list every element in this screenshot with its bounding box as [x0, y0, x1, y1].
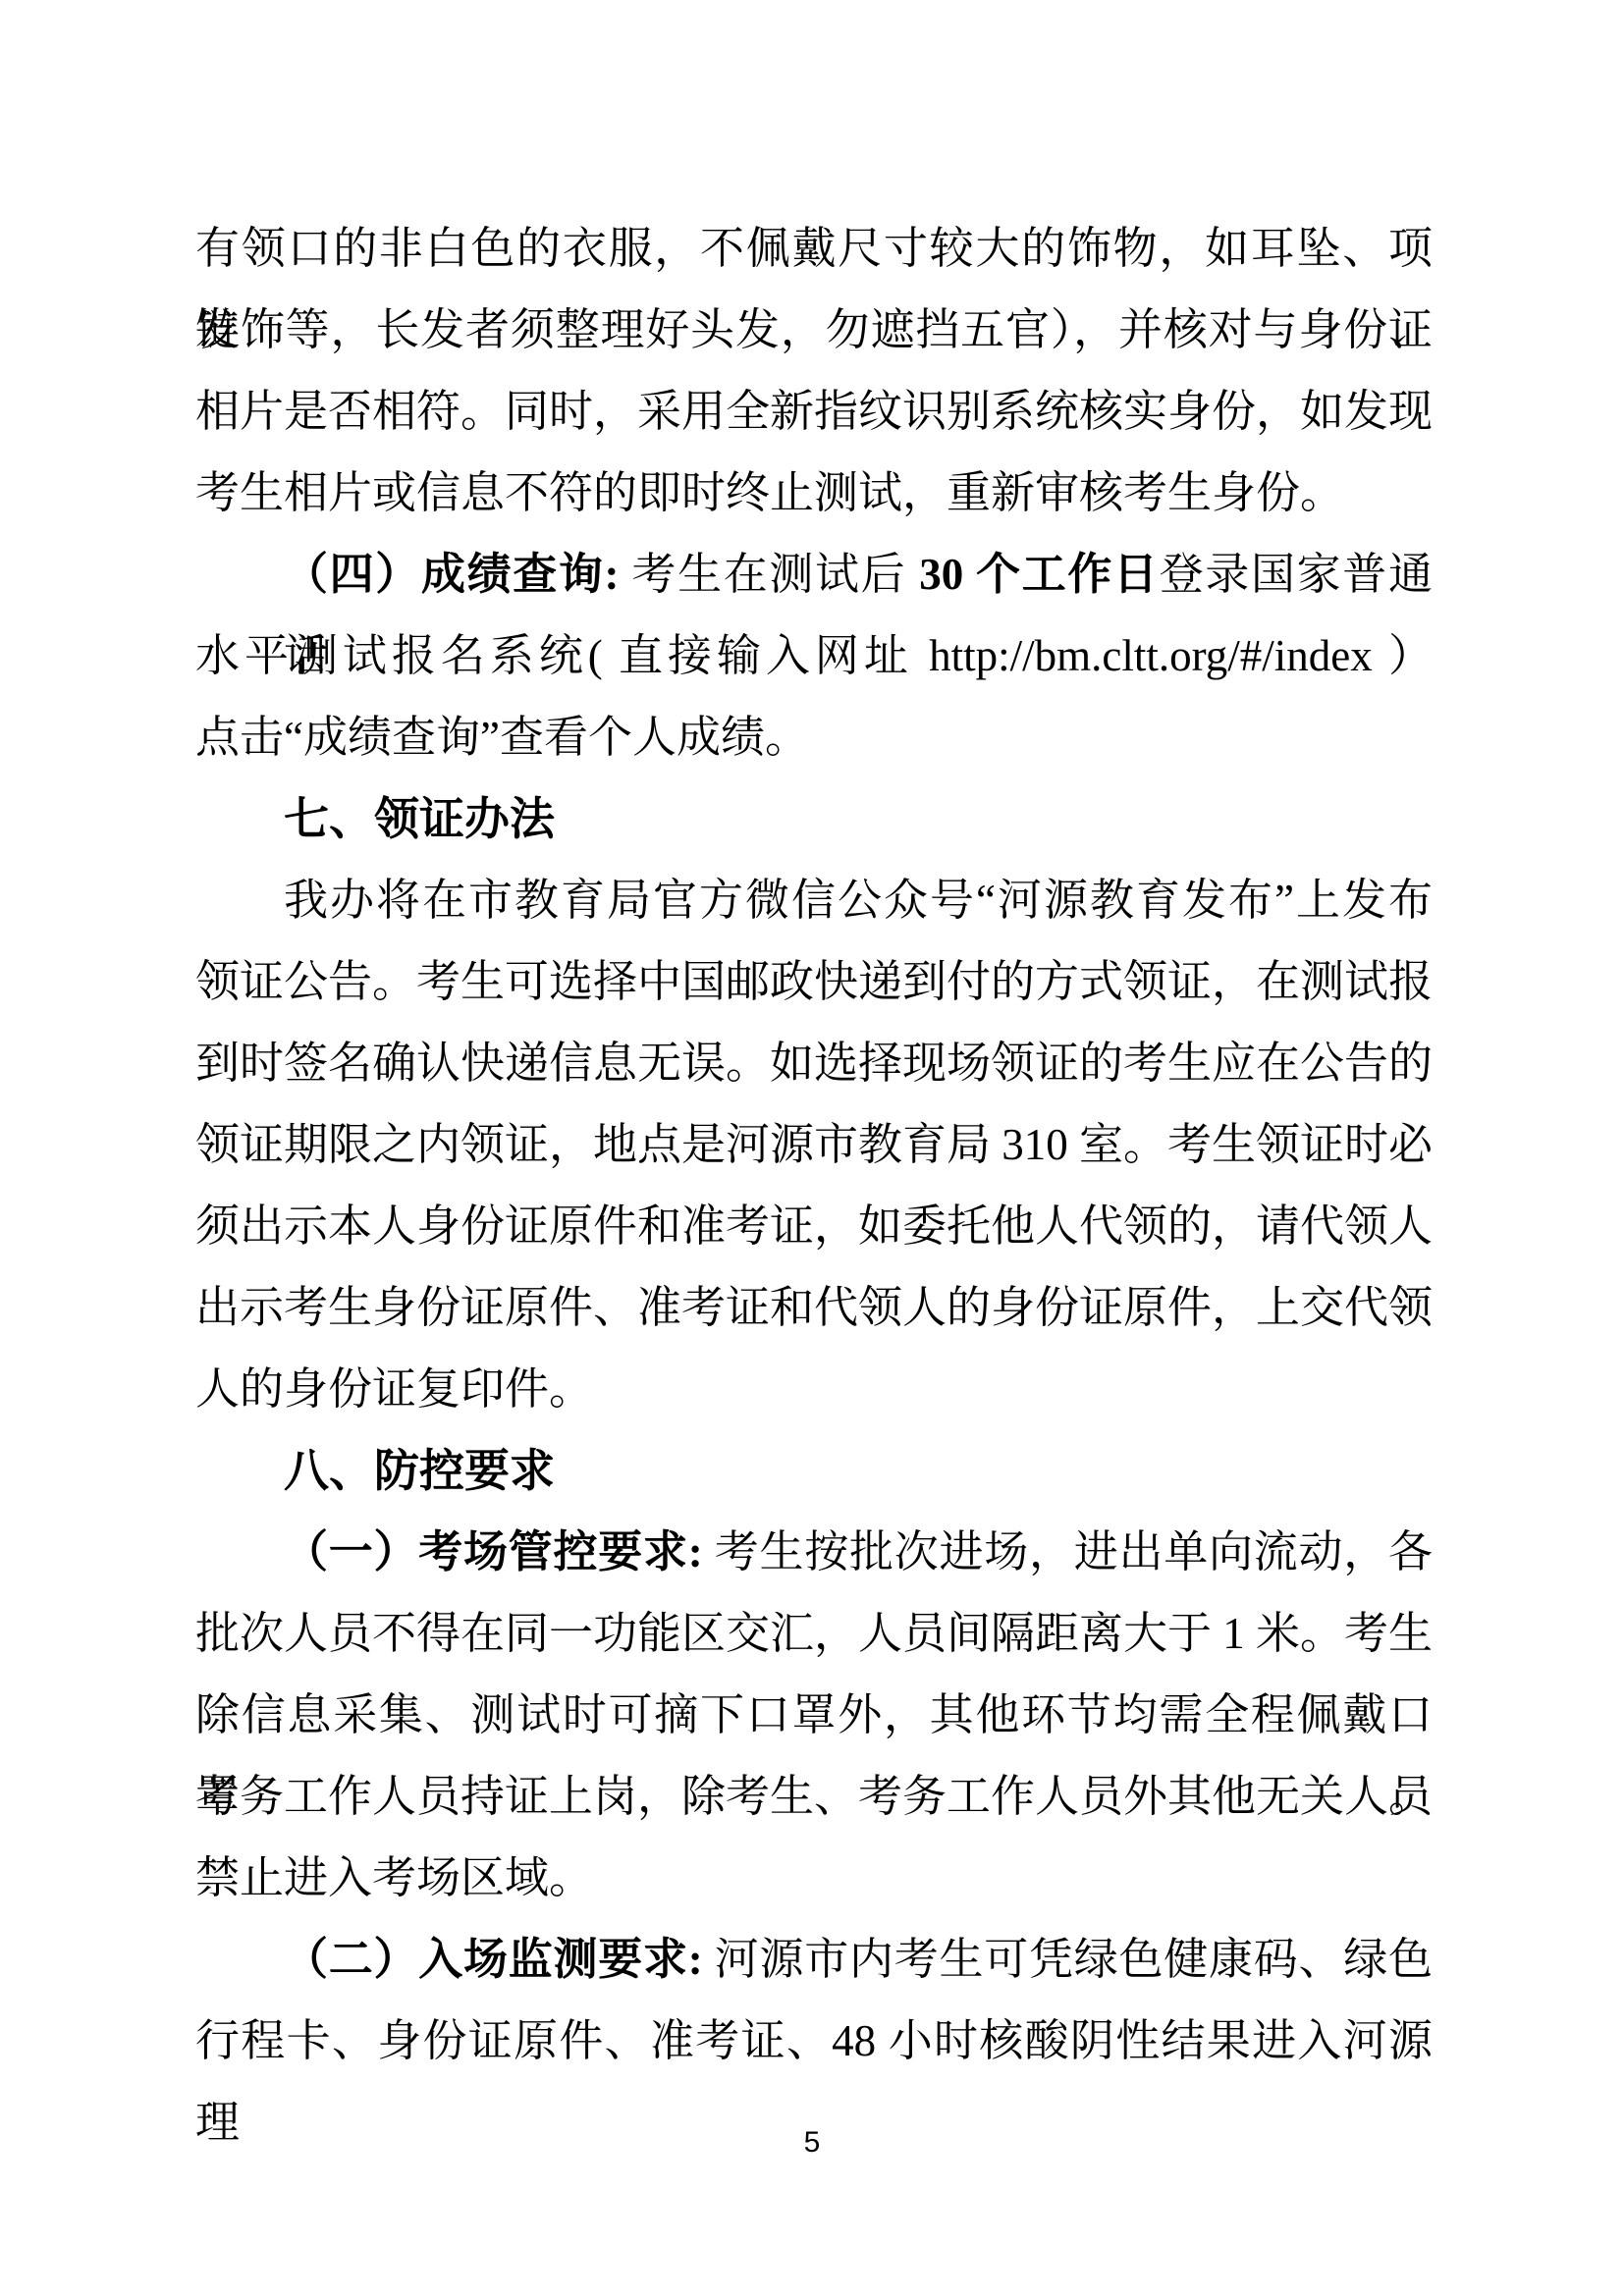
- text-run: 人的身份证复印件。: [195, 1364, 593, 1414]
- body-line-17-venue-control: （一）考场管控要求: 考生按批次进场，进出单向流动，各: [195, 1512, 1433, 1593]
- text-run: 批次人员不得在同一功能区交汇，人员间隔距离大于 1 米。考生: [195, 1609, 1433, 1658]
- text-run: 出示考生身份证原件、准考证和代领人的身份证原件，上交代领: [195, 1283, 1433, 1332]
- heading-text: 七、领证办法: [284, 793, 555, 844]
- section-heading-7: 七、领证办法: [195, 778, 1433, 860]
- body-line-3: 相片是否相符。同时，采用全新指纹识别系统核实身份，如发现: [195, 371, 1433, 453]
- text-run: 领证公告。考生可选择中国邮政快递到付的方式领证，在测试报: [195, 957, 1433, 1006]
- body-line-4: 考生相片或信息不符的即时终止测试，重新审核考生身份。: [195, 453, 1433, 534]
- bold-run-working-days: 30 个工作日: [919, 550, 1160, 599]
- text-run: 须出示本人身份证原件和准考证，如委托他人代领的，请代领人: [195, 1201, 1433, 1251]
- body-line-19: 除信息采集、测试时可摘下口罩外，其他环节均需全程佩戴口罩。: [195, 1675, 1433, 1756]
- text-run: 相片是否相符。同时，采用全新指纹识别系统核实身份，如发现: [195, 387, 1433, 436]
- body-line-11: 到时签名确认快递信息无误。如选择现场领证的考生应在公告的: [195, 1023, 1433, 1104]
- page-number: 5: [0, 2118, 1624, 2167]
- body-line-6-url-line: 水平测试报名系统( 直接输入网址 http://bm.cltt.org/#/in…: [195, 615, 1433, 697]
- body-line-12: 领证期限之内领证，地点是河源市教育局 310 室。考生领证时必: [195, 1104, 1433, 1186]
- body-line-15: 人的身份证复印件。: [195, 1349, 1433, 1430]
- section-heading-8: 八、防控要求: [195, 1430, 1433, 1512]
- body-line-9: 我办将在市教育局官方微信公众号“河源教育发布”上发布: [195, 860, 1433, 941]
- body-line-18: 批次人员不得在同一功能区交汇，人员间隔距离大于 1 米。考生: [195, 1593, 1433, 1675]
- bold-run-score-inquiry-label: （四）成绩查询:: [284, 550, 620, 599]
- body-line-2: 发饰等，长发者须整理好头发，勿遮挡五官），并核对与身份证: [195, 290, 1433, 371]
- text-run: 考生在测试后: [620, 550, 920, 599]
- bold-run-venue-control-label: （一）考场管控要求:: [284, 1527, 703, 1576]
- body-line-22-entry-monitoring: （二）入场监测要求: 河源市内考生可凭绿色健康码、绿色: [195, 1919, 1433, 2001]
- body-line-20: 考务工作人员持证上岗，除考生、考务工作人员外其他无关人员: [195, 1756, 1433, 1838]
- url-text: http://bm.cltt.org/#/index: [929, 631, 1373, 680]
- text-run: 水平测试报名系统( 直接输入网址: [195, 631, 929, 680]
- body-line-10: 领证公告。考生可选择中国邮政快递到付的方式领证，在测试报: [195, 941, 1433, 1023]
- body-line-23: 行程卡、身份证原件、准考证、48 小时核酸阴性结果进入河源理: [195, 2001, 1433, 2082]
- text-run: 领证期限之内领证，地点是河源市教育局 310 室。考生领证时必: [195, 1120, 1433, 1169]
- text-run: 考生按批次进场，进出单向流动，各: [703, 1527, 1433, 1576]
- body-line-1: 有领口的非白色的衣服，不佩戴尺寸较大的饰物，如耳坠、项链、: [195, 208, 1433, 290]
- text-run: 河源市内考生可凭绿色健康码、绿色: [703, 1935, 1433, 1984]
- text-run: 我办将在市教育局官方微信公众号“河源教育发布”上发布: [284, 876, 1433, 925]
- text-run: 考务工作人员持证上岗，除考生、考务工作人员外其他无关人员: [195, 1772, 1433, 1821]
- body-line-13: 须出示本人身份证原件和准考证，如委托他人代领的，请代领人: [195, 1186, 1433, 1267]
- heading-text: 八、防控要求: [284, 1445, 555, 1496]
- body-line-14: 出示考生身份证原件、准考证和代领人的身份证原件，上交代领: [195, 1267, 1433, 1349]
- text-run: ）: [1373, 631, 1433, 680]
- body-line-7: 点击“成绩查询”查看个人成绩。: [195, 697, 1433, 778]
- bold-run-entry-monitoring-label: （二）入场监测要求:: [284, 1935, 703, 1984]
- text-run: 禁止进入考场区域。: [195, 1853, 593, 1902]
- document-page: 有领口的非白色的衣服，不佩戴尺寸较大的饰物，如耳坠、项链、 发饰等，长发者须整理…: [0, 0, 1624, 2296]
- text-run: 考生相片或信息不符的即时终止测试，重新审核考生身份。: [195, 468, 1344, 517]
- text-run: 发饰等，长发者须整理好头发，勿遮挡五官），并核对与身份证: [195, 305, 1433, 354]
- body-line-5-score-inquiry: （四）成绩查询: 考生在测试后 30 个工作日登录国家普通话: [195, 534, 1433, 615]
- body-line-21: 禁止进入考场区域。: [195, 1838, 1433, 1919]
- document-body: 有领口的非白色的衣服，不佩戴尺寸较大的饰物，如耳坠、项链、 发饰等，长发者须整理…: [195, 208, 1433, 2082]
- text-run: 点击“成绩查询”查看个人成绩。: [195, 713, 809, 762]
- text-run: 到时签名确认快递信息无误。如选择现场领证的考生应在公告的: [195, 1039, 1433, 1088]
